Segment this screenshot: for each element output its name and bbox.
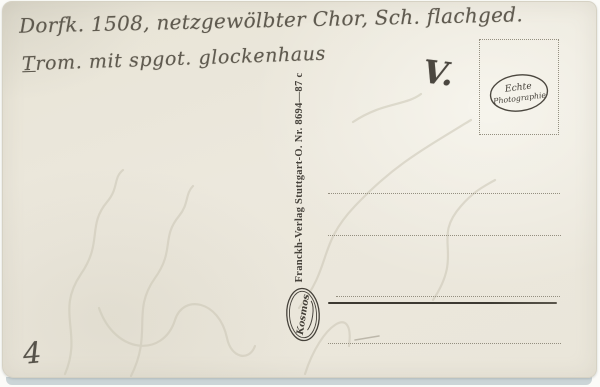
pencil-dash <box>355 336 379 340</box>
address-line-1 <box>328 193 560 194</box>
underlined-initial: T <box>22 53 36 75</box>
address-line-4 <box>328 343 561 344</box>
postcard-back: Dorfk. 1508, netzgewölbter Chor, Sch. fl… <box>2 1 597 378</box>
ghost-stroke <box>65 170 123 374</box>
ghost-stroke <box>353 94 421 122</box>
ghost-stroke <box>299 120 471 308</box>
address-line-2 <box>328 235 561 236</box>
ghost-stroke <box>433 180 495 300</box>
ghost-stroke <box>131 186 193 376</box>
scanned-postcard-photo: Dorfk. 1508, netzgewölbter Chor, Sch. fl… <box>0 0 600 387</box>
handwritten-initial-mark: V. <box>421 52 456 93</box>
ghost-stroke <box>99 304 255 356</box>
stamp-text-line2: Photographie <box>492 90 547 106</box>
kosmos-logo: Kosmos <box>283 285 324 344</box>
echte-photographie-stamp: Echte Photographie <box>486 68 553 117</box>
publisher-imprint: Franckh-Verlag Stuttgart-O. Nr. 8694—87 … <box>294 65 305 290</box>
address-line-3 <box>336 296 560 297</box>
kosmos-text: Kosmos <box>295 293 313 337</box>
handwritten-number: 4 <box>22 335 43 370</box>
scan-edge-shadow <box>6 377 592 385</box>
address-underline-solid <box>328 302 557 304</box>
stamp-box: Echte Photographie <box>479 39 559 135</box>
